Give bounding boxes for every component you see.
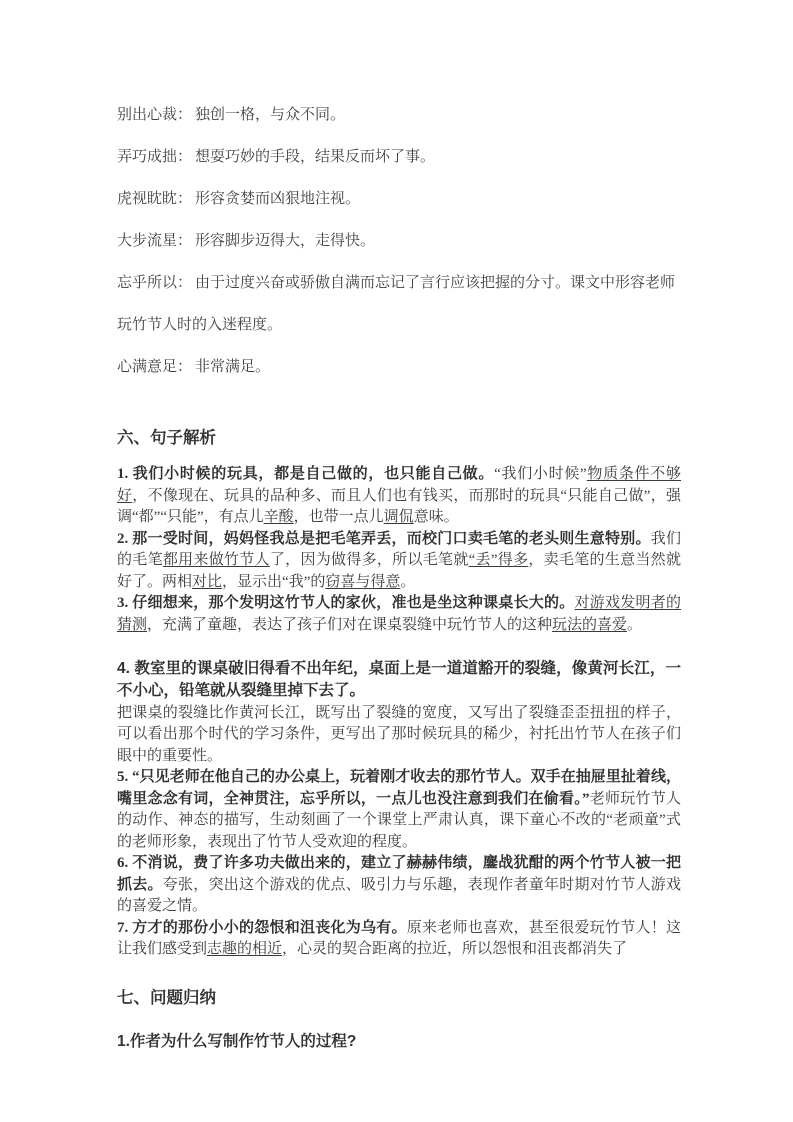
definition-item: 忘乎所以：由于过度兴奋或骄傲自满而忘记了言行应该把握的分寸。课文中形容老师玩竹节… xyxy=(117,262,681,346)
analysis-item-7: 7. 方才的那份小小的怨恨和沮丧化为乌有。原来老师也喜欢，甚至很爱玩竹节人！这让… xyxy=(117,918,681,961)
text-segment-normal: 把课桌的裂缝比作黄河长江，既写出了裂缝的宽度，又写出了裂缝歪歪扭扭的样子，可以看… xyxy=(117,705,681,764)
text-segment-normal: 意味。 xyxy=(414,509,459,525)
section-heading-sentence-analysis: 六、句子解析 xyxy=(117,426,681,450)
text-segment-normal: ，显示出“我”的 xyxy=(222,574,325,590)
document-page: 别出心裁：独创一格，与众不同。 弄巧成拙：想耍巧妙的手段，结果反而坏了事。 虎视… xyxy=(0,0,793,1122)
text-segment-normal: 。 xyxy=(400,574,415,590)
definition-term: 虎视眈眈： xyxy=(117,190,192,207)
analysis-paragraph: 7. 方才的那份小小的怨恨和沮丧化为乌有。原来老师也喜欢，甚至很爱玩竹节人！这让… xyxy=(117,918,681,961)
definition-term: 忘乎所以： xyxy=(117,274,192,291)
text-segment-normal: “我们小时候” xyxy=(494,466,587,482)
text-segment-bold: 2. 那一受时间，妈妈怪我总是把毛笔弄丢，而校门口卖毛笔的老头则生意特别。 xyxy=(117,531,651,547)
analysis-paragraph-explanation: 把课桌的裂缝比作黄河长江，既写出了裂缝的宽度，又写出了裂缝歪歪扭扭的样子，可以看… xyxy=(117,703,681,768)
text-segment-underline: 玩法的喜爱 xyxy=(552,617,627,633)
question-item-1: 1.作者为什么写制作竹节人的过程? xyxy=(117,1031,681,1053)
word-definition-list: 别出心裁：独创一格，与众不同。 弄巧成拙：想耍巧妙的手段，结果反而坏了事。 虎视… xyxy=(117,94,681,388)
analysis-item-3: 3. 仔细想来，那个发明这竹节人的家伙，准也是坐这种课桌长大的。对游戏发明者的猜… xyxy=(117,593,681,636)
text-segment-underline: 都用来做竹节人 xyxy=(163,552,270,568)
text-segment-boldsans: 4. 教室里的课桌破旧得看不出年纪，桌面上是一道道豁开的裂缝，像黄河长江，一不小… xyxy=(117,660,681,700)
analysis-paragraph-quote: 4. 教室里的课桌破旧得看不出年纪，桌面上是一道道豁开的裂缝，像黄河长江，一不小… xyxy=(117,658,681,703)
analysis-paragraph: 5. “只见老师在他自己的办公桌上，玩着刚才收去的那竹节人。双手在抽屉里扯着线，… xyxy=(117,767,681,853)
analysis-item-6: 6. 不消说，费了许多功夫做出来的，建立了赫赫伟绩，鏖战犹酣的两个竹节人被一把抓… xyxy=(117,853,681,918)
text-segment-underline: 窃喜与得意 xyxy=(325,574,400,590)
text-segment-bold: 1. 我们小时候的玩具，都是自己做的，也只能自己做。 xyxy=(117,466,494,482)
text-segment-normal: 。 xyxy=(627,617,642,633)
definition-item: 弄巧成拙：想耍巧妙的手段，结果反而坏了事。 xyxy=(117,136,681,178)
analysis-item-1: 1. 我们小时候的玩具，都是自己做的，也只能自己做。“我们小时候”物质条件不够好… xyxy=(117,464,681,529)
definition-text: 想耍巧妙的手段，结果反而坏了事。 xyxy=(195,148,435,165)
text-segment-normal: ，充满了童趣，表达了孩子们对在课桌裂缝中玩竹节人的这种 xyxy=(147,617,552,633)
text-segment-normal: ，也带一点儿 xyxy=(294,509,384,525)
sentence-analysis-list: 1. 我们小时候的玩具，都是自己做的，也只能自己做。“我们小时候”物质条件不够好… xyxy=(117,464,681,961)
text-segment-normal: ，心灵的契合距离的拉近，所以怨恨和沮丧都消失了 xyxy=(282,941,627,957)
text-segment-underline: 调侃 xyxy=(384,509,414,525)
analysis-paragraph: 1. 我们小时候的玩具，都是自己做的，也只能自己做。“我们小时候”物质条件不够好… xyxy=(117,464,681,529)
text-segment-normal: 夸张，突出这个游戏的优点、吸引力与乐趣，表现作者童年时期对竹节人游戏的喜爱之情。 xyxy=(117,877,681,915)
text-segment-bold: 7. 方才的那份小小的怨恨和沮丧化为乌有。 xyxy=(117,920,407,936)
analysis-paragraph: 2. 那一受时间，妈妈怪我总是把毛笔弄丢，而校门口卖毛笔的老头则生意特别。我们的… xyxy=(117,529,681,594)
definition-item: 大步流星：形容脚步迈得大，走得快。 xyxy=(117,220,681,262)
definition-term: 别出心裁： xyxy=(117,106,192,123)
definition-text: 非常满足。 xyxy=(195,358,270,375)
definition-text: 形容贪婪而凶狠地注视。 xyxy=(195,190,360,207)
definition-text: 由于过度兴奋或骄傲自满而忘记了言行应该把握的分寸。课文中形容老师玩竹节人时的入迷… xyxy=(117,274,675,333)
text-segment-underline: 志趣的相近 xyxy=(207,941,282,957)
text-segment-normal: 了，因为做得多，所以毛笔就 xyxy=(270,552,469,568)
definition-term: 心满意足： xyxy=(117,358,192,375)
definition-item: 心满意足：非常满足。 xyxy=(117,346,681,388)
definition-item: 虎视眈眈：形容贪婪而凶狠地注视。 xyxy=(117,178,681,220)
analysis-paragraph: 3. 仔细想来，那个发明这竹节人的家伙，准也是坐这种课桌长大的。对游戏发明者的猜… xyxy=(117,593,681,636)
analysis-item-5: 5. “只见老师在他自己的办公桌上，玩着刚才收去的那竹节人。双手在抽屉里扯着线，… xyxy=(117,767,681,853)
analysis-item-2: 2. 那一受时间，妈妈怪我总是把毛笔弄丢，而校门口卖毛笔的老头则生意特别。我们的… xyxy=(117,529,681,594)
text-segment-underline: 辛酸 xyxy=(264,509,294,525)
definition-term: 大步流星： xyxy=(117,232,192,249)
definition-item: 别出心裁：独创一格，与众不同。 xyxy=(117,94,681,136)
text-segment-bold: 3. 仔细想来，那个发明这竹节人的家伙，准也是坐这种课桌长大的。 xyxy=(117,595,574,611)
definition-term: 弄巧成拙： xyxy=(117,148,192,165)
analysis-item-4: 4. 教室里的课桌破旧得看不出年纪，桌面上是一道道豁开的裂缝，像黄河长江，一不小… xyxy=(117,658,681,768)
definition-text: 形容脚步迈得大，走得快。 xyxy=(195,232,375,249)
text-segment-underline: “丢”得多 xyxy=(469,552,529,568)
text-segment-underline: 对比 xyxy=(192,574,222,590)
definition-text: 独创一格，与众不同。 xyxy=(195,106,345,123)
analysis-paragraph: 6. 不消说，费了许多功夫做出来的，建立了赫赫伟绩，鏖战犹酣的两个竹节人被一把抓… xyxy=(117,853,681,918)
section-heading-question-summary: 七、问题归纳 xyxy=(117,986,681,1010)
